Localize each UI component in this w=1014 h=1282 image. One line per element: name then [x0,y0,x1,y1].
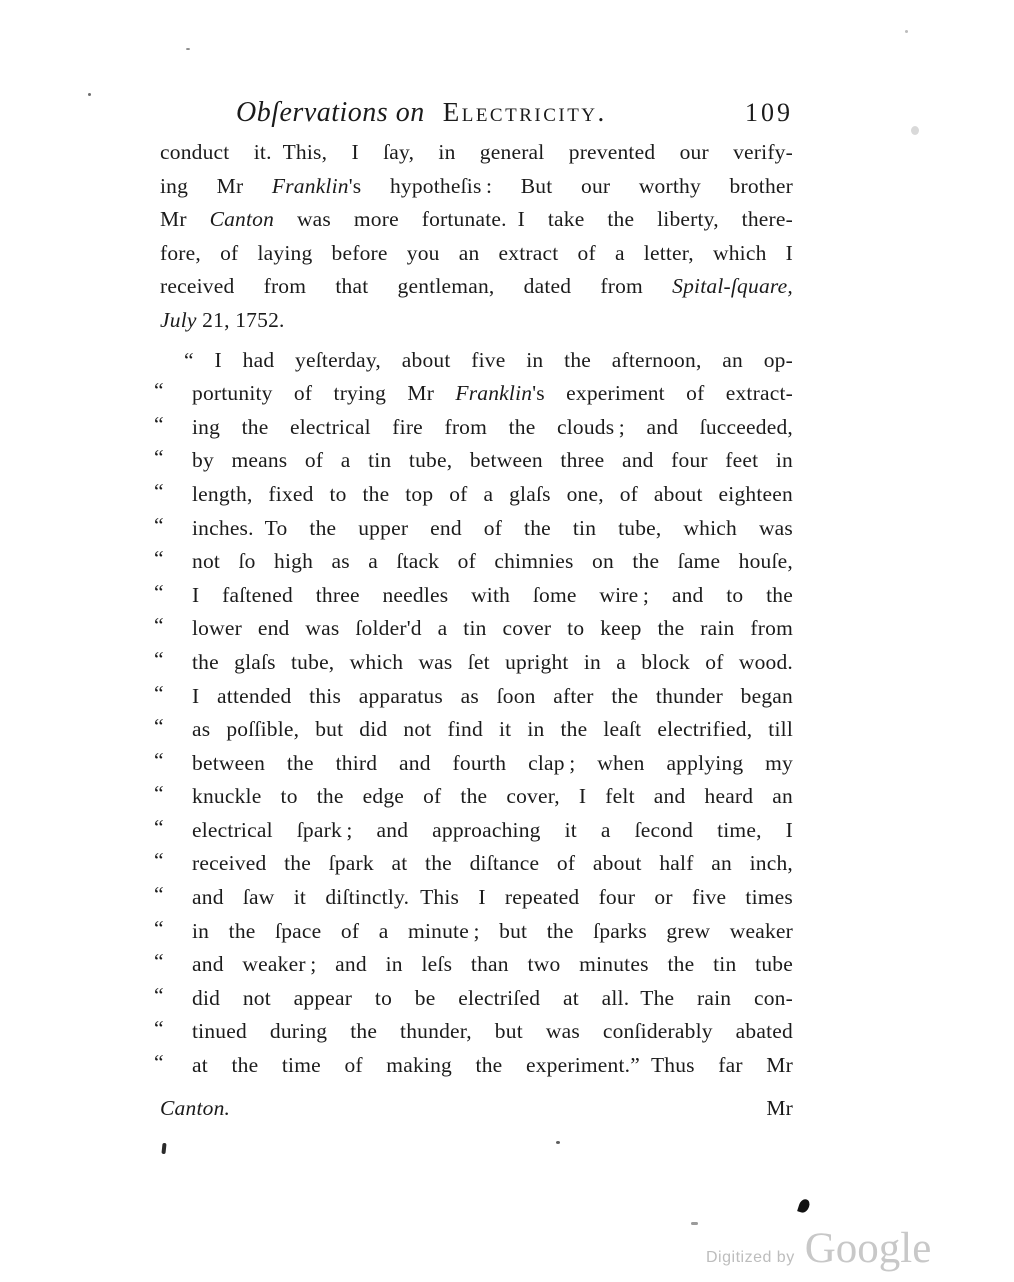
text-line: “I attended this apparatus as ſoon after… [160,680,793,714]
line-text: portunity of trying Mr Franklin's experi… [192,377,793,411]
quote-mark: “ [154,677,164,711]
quote-mark: “ [154,811,164,845]
line-text: fore, of laying before you an extract of… [160,237,793,271]
text-line: “did not appear to be electriſed at all.… [160,982,793,1016]
line-text: between the third and fourth clap ; when… [192,747,793,781]
line-text: conduct it. This, I ſay, in general prev… [160,136,793,170]
line-text: received the ſpark at the diſtance of ab… [192,847,793,881]
text-line: “portunity of trying Mr Franklin's exper… [160,377,793,411]
line-text: Mr Canton was more fortunate. I take the… [160,203,793,237]
line-text: “ I had yeſterday, about five in the aft… [160,344,793,378]
text-line: “I faſtened three needles with ſome wire… [160,579,793,613]
ink-speck [911,126,919,135]
text-line: “lower end was ſolder'd a tin cover to k… [160,612,793,646]
text-line: “ I had yeſterday, about five in the aft… [160,344,793,378]
text-line: “length, fixed to the top of a glaſs one… [160,478,793,512]
text-line: ing Mr Franklin's hypotheſis : But our w… [160,170,793,204]
quote-mark: “ [154,509,164,543]
scanned-book-page: Obſervations on Electricity. 109 conduct… [0,0,1014,1282]
ink-speck [797,1198,811,1214]
text-line: “tinued during the thunder, but was conſ… [160,1015,793,1049]
text-line: “the glaſs tube, which was ſet upright i… [160,646,793,680]
line-text: by means of a tin tube, between three an… [192,444,793,478]
ink-speck [905,30,908,33]
line-text: ing the electrical fire from the clouds … [192,411,793,445]
line-text: July 21, 1752. [160,304,793,338]
text-line: Mr Canton was more fortunate. I take the… [160,203,793,237]
text-line: fore, of laying before you an extract of… [160,237,793,271]
text-line: received from that gentleman, dated from… [160,270,793,304]
line-text: as poſſible, but did not find it in the … [192,713,793,747]
text-line: “and weaker ; and in leſs than two minut… [160,948,793,982]
quote-mark: “ [154,945,164,979]
text-line: “in the ſpace of a minute ; but the ſpar… [160,915,793,949]
line-text: inches. To the upper end of the tin tube… [192,512,793,546]
line-text: received from that gentleman, dated from… [160,270,793,304]
quote-mark: “ [154,643,164,677]
line-text: length, fixed to the top of a glaſs one,… [192,478,793,512]
ink-speck [691,1222,698,1225]
quote-mark: “ [154,1046,164,1080]
text-line: conduct it. This, I ſay, in general prev… [160,136,793,170]
quote-mark: “ [154,609,164,643]
quote-mark: “ [154,979,164,1013]
line-text: and ſaw it diſtinctly. This I repeated f… [192,881,793,915]
text-line: “by means of a tin tube, between three a… [160,444,793,478]
line-text: at the time of making the experiment.” T… [192,1049,793,1083]
ink-speck [186,48,190,50]
text-line: “at the time of making the experiment.” … [160,1049,793,1083]
line-text: and weaker ; and in leſs than two minute… [192,948,793,982]
text-line: “ing the electrical fire from the clouds… [160,411,793,445]
google-logo: Google [805,1224,932,1273]
line-text: I attended this apparatus as ſoon after … [192,680,793,714]
quote-mark: “ [154,744,164,778]
quote-mark: “ [154,1012,164,1046]
line-text: lower end was ſolder'd a tin cover to ke… [192,612,793,646]
quote-mark: “ [154,878,164,912]
line-text: electrical ſpark ; and approaching it a … [192,814,793,848]
text-line: “as poſſible, but did not find it in the… [160,713,793,747]
quote-mark: “ [154,777,164,811]
running-title-caps: Electricity. [443,97,607,127]
ink-speck [161,1143,166,1154]
ink-speck [556,1141,560,1144]
text-line: “not ſo high as a ſtack of chimnies on t… [160,545,793,579]
line-text: tinued during the thunder, but was conſi… [192,1015,793,1049]
line-text: not ſo high as a ſtack of chimnies on th… [192,545,793,579]
catchline-left: Canton. [160,1092,230,1126]
text-line: “knuckle to the edge of the cover, I fel… [160,780,793,814]
catchword: Mr [766,1092,793,1126]
page-text: conduct it. This, I ſay, in general prev… [160,136,793,1125]
line-text: I faſtened three needles with ſome wire … [192,579,793,613]
text-line: July 21, 1752. [160,304,793,338]
quote-mark: “ [154,475,164,509]
text-line: “between the third and fourth clap ; whe… [160,747,793,781]
ink-speck [88,93,91,96]
text-line: “and ſaw it diſtinctly. This I repeated … [160,881,793,915]
line-text: in the ſpace of a minute ; but the ſpark… [192,915,793,949]
text-line: “inches. To the upper end of the tin tub… [160,512,793,546]
digitization-watermark: Digitized by Google [706,1224,931,1273]
running-title: Obſervations on Electricity. [236,97,607,129]
running-title-italic: Obſervations on [236,97,425,128]
page-number: 109 [745,98,793,128]
quote-mark: “ [154,408,164,442]
digitized-by-label: Digitized by [706,1249,795,1267]
quote-mark: “ [154,844,164,878]
line-text: knuckle to the edge of the cover, I felt… [192,780,793,814]
text-line: Canton.Mr [160,1092,793,1126]
quote-mark: “ [154,542,164,576]
line-text: the glaſs tube, which was ſet upright in… [192,646,793,680]
running-header: Obſervations on Electricity. 109 [160,97,793,129]
quote-mark: “ [154,576,164,610]
quote-mark: “ [154,710,164,744]
quote-mark: “ [154,441,164,475]
text-line: “received the ſpark at the diſtance of a… [160,847,793,881]
line-text: ing Mr Franklin's hypotheſis : But our w… [160,170,793,204]
text-line: “electrical ſpark ; and approaching it a… [160,814,793,848]
quote-mark: “ [154,374,164,408]
quote-mark: “ [154,912,164,946]
line-text: did not appear to be electriſed at all. … [192,982,793,1016]
